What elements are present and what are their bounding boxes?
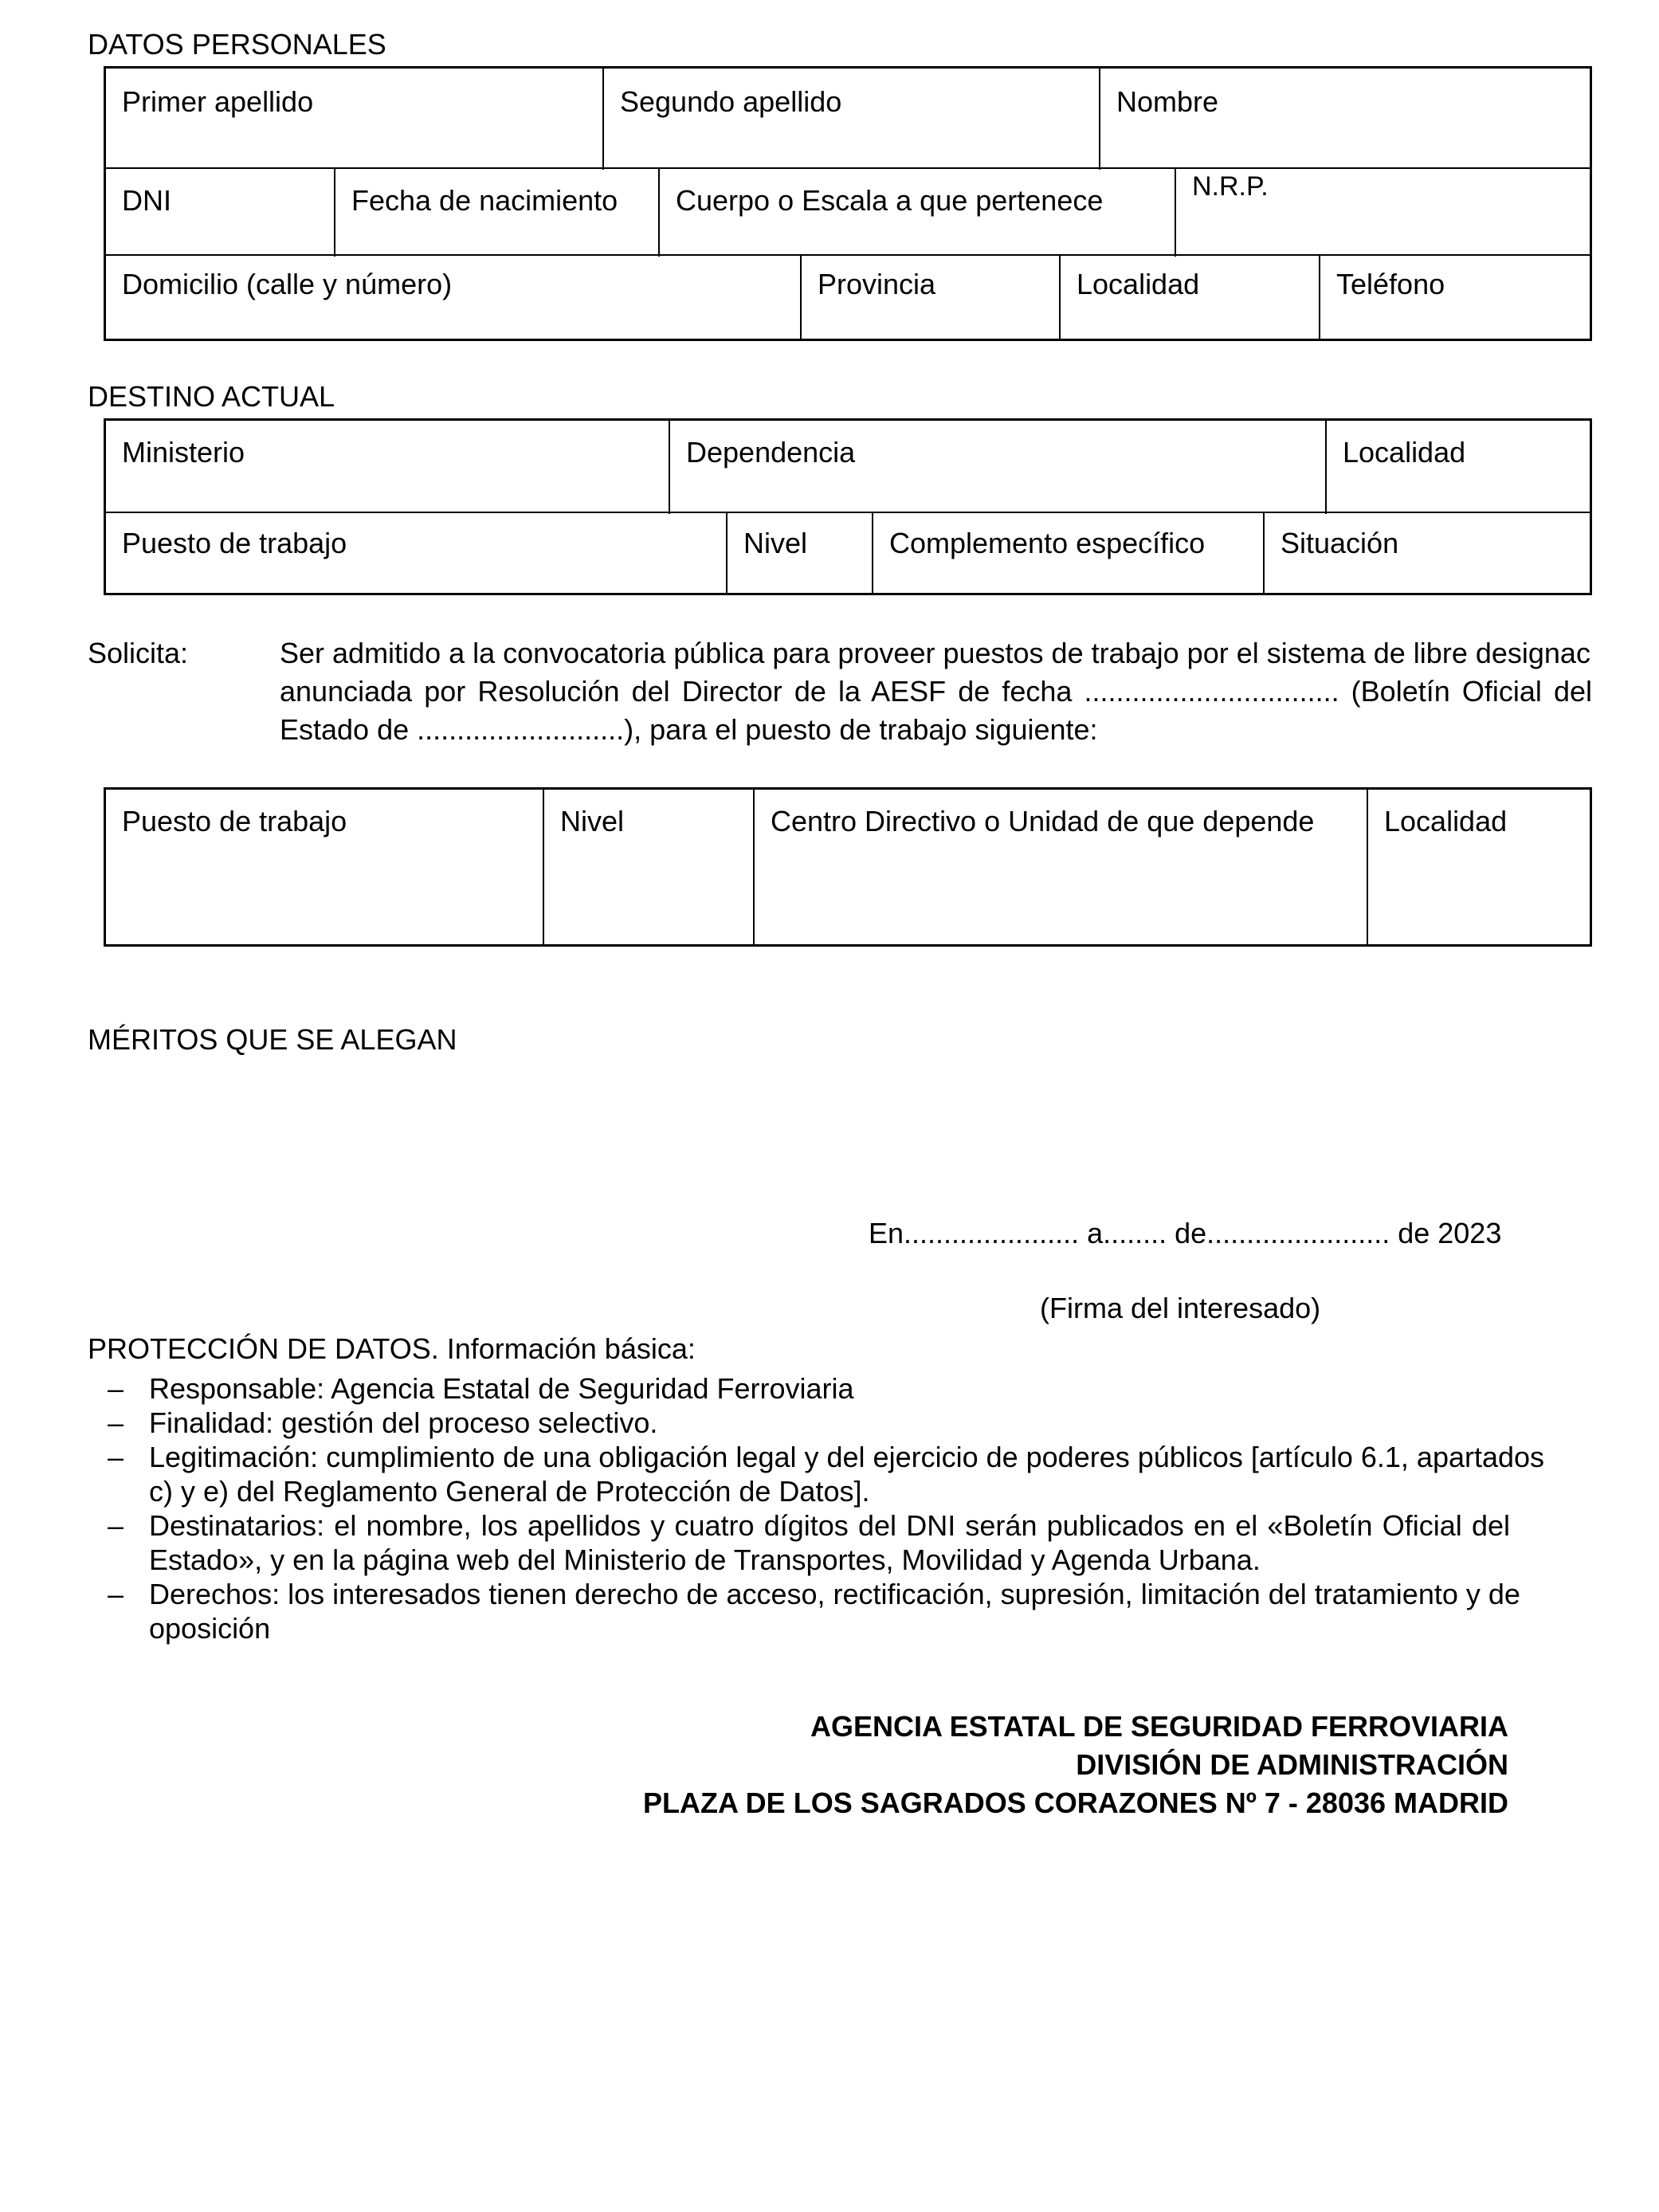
- proteccion-datos-item-text: Destinatarios: el nombre, los apellidos …: [149, 1508, 1510, 1577]
- proteccion-datos-item-text: Derechos: los interesados tienen derecho…: [149, 1577, 1510, 1645]
- proteccion-datos-item-line: Derechos: los interesados tienen derecho…: [149, 1577, 1510, 1611]
- primer-apellido-field[interactable]: Primer apellido: [106, 69, 602, 170]
- footer-agency: AGENCIA ESTATAL DE SEGURIDAD FERROVIARIA: [643, 1708, 1508, 1746]
- section-title-datos-personales: DATOS PERSONALES: [88, 29, 386, 61]
- telefono-field[interactable]: Teléfono: [1319, 256, 1590, 339]
- proteccion-datos-item: –Responsable: Agencia Estatal de Segurid…: [88, 1371, 1510, 1406]
- dni-field[interactable]: DNI: [106, 169, 334, 257]
- ministerio-field[interactable]: Ministerio: [106, 421, 669, 514]
- proteccion-datos-item-text: Finalidad: gestión del proceso selectivo…: [149, 1406, 1510, 1440]
- proteccion-datos-list: –Responsable: Agencia Estatal de Segurid…: [88, 1371, 1510, 1645]
- proteccion-datos-item-text: Legitimación: cumplimiento de una obliga…: [149, 1440, 1510, 1508]
- localidad-solicitada-field[interactable]: Localidad: [1367, 790, 1590, 944]
- footer-address: AGENCIA ESTATAL DE SEGURIDAD FERROVIARIA…: [643, 1708, 1508, 1822]
- proteccion-datos-item-line: oposición: [149, 1611, 1510, 1645]
- dependencia-label: Dependencia: [686, 437, 855, 469]
- dash-bullet-icon: –: [108, 1577, 124, 1611]
- dash-bullet-icon: –: [108, 1406, 124, 1440]
- datos-personales-row-3: Domicilio (calle y número) Provincia Loc…: [106, 254, 1590, 339]
- provincia-field[interactable]: Provincia: [800, 256, 1059, 339]
- complemento-especifico-field[interactable]: Complemento específico: [872, 513, 1263, 593]
- solicita-label: Solicita:: [88, 637, 188, 669]
- provincia-label: Provincia: [818, 269, 935, 300]
- proteccion-datos-item-line: Destinatarios: el nombre, los apellidos …: [149, 1508, 1510, 1543]
- nrp-label: N.R.P.: [1192, 171, 1269, 202]
- localidad-personal-field[interactable]: Localidad: [1059, 256, 1319, 339]
- centro-directivo-field[interactable]: Centro Directivo o Unidad de que depende: [753, 790, 1367, 944]
- datos-personales-row-1: Primer apellido Segundo apellido Nombre: [106, 69, 1590, 170]
- puesto-solicitado-table: Puesto de trabajo Nivel Centro Directivo…: [104, 787, 1592, 947]
- proteccion-datos-item-line: Finalidad: gestión del proceso selectivo…: [149, 1406, 1510, 1440]
- puesto-trabajo-actual-label: Puesto de trabajo: [122, 528, 347, 559]
- dni-label: DNI: [122, 185, 171, 217]
- solicita-line: Estado de ..........................), p…: [280, 711, 1592, 749]
- proteccion-datos-item: –Legitimación: cumplimiento de una oblig…: [88, 1440, 1510, 1508]
- fecha-nacimiento-label: Fecha de nacimiento: [351, 185, 618, 217]
- section-title-meritos: MÉRITOS QUE SE ALEGAN: [88, 1024, 457, 1056]
- proteccion-datos-item-line: Responsable: Agencia Estatal de Segurida…: [149, 1371, 1510, 1406]
- telefono-label: Teléfono: [1336, 269, 1445, 300]
- destino-actual-row-2: Puesto de trabajo Nivel Complemento espe…: [106, 512, 1590, 593]
- destino-actual-row-1: Ministerio Dependencia Localidad: [106, 421, 1590, 514]
- proteccion-datos-item-line: Legitimación: cumplimiento de una obliga…: [149, 1440, 1510, 1474]
- nivel-solicitado-label: Nivel: [560, 806, 624, 837]
- ministerio-label: Ministerio: [122, 437, 245, 469]
- domicilio-field[interactable]: Domicilio (calle y número): [106, 256, 800, 339]
- localidad-personal-label: Localidad: [1077, 269, 1199, 300]
- proteccion-datos-item: –Derechos: los interesados tienen derech…: [88, 1577, 1510, 1645]
- fecha-nacimiento-field[interactable]: Fecha de nacimiento: [334, 169, 658, 257]
- segundo-apellido-label: Segundo apellido: [620, 86, 841, 118]
- meritos-area[interactable]: [88, 1060, 1592, 1203]
- segundo-apellido-field[interactable]: Segundo apellido: [602, 69, 1099, 170]
- dash-bullet-icon: –: [108, 1508, 124, 1543]
- signature-label: (Firma del interesado): [1040, 1292, 1320, 1324]
- dash-bullet-icon: –: [108, 1371, 124, 1406]
- nivel-solicitado-field[interactable]: Nivel: [543, 790, 753, 944]
- nombre-label: Nombre: [1116, 86, 1218, 118]
- proteccion-datos-item: –Finalidad: gestión del proceso selectiv…: [88, 1406, 1510, 1440]
- centro-directivo-label: Centro Directivo o Unidad de que depende: [771, 806, 1314, 837]
- puesto-solicitado-field[interactable]: Puesto de trabajo: [106, 790, 543, 944]
- complemento-especifico-label: Complemento específico: [889, 528, 1205, 559]
- situacion-field[interactable]: Situación: [1263, 513, 1590, 593]
- puesto-trabajo-actual-field[interactable]: Puesto de trabajo: [106, 513, 726, 593]
- datos-personales-table: Primer apellido Segundo apellido Nombre …: [104, 66, 1592, 341]
- section-title-destino-actual: DESTINO ACTUAL: [88, 381, 335, 413]
- footer-division: DIVISIÓN DE ADMINISTRACIÓN: [643, 1746, 1508, 1784]
- localidad-destino-field[interactable]: Localidad: [1325, 421, 1590, 514]
- proteccion-datos-item: –Destinatarios: el nombre, los apellidos…: [88, 1508, 1510, 1577]
- solicita-line: anunciada por Resolución del Director de…: [280, 673, 1592, 711]
- situacion-label: Situación: [1281, 528, 1398, 559]
- dash-bullet-icon: –: [108, 1440, 124, 1474]
- proteccion-datos-item-line: c) y e) del Reglamento General de Protec…: [149, 1474, 1510, 1508]
- primer-apellido-label: Primer apellido: [122, 86, 313, 118]
- localidad-destino-label: Localidad: [1343, 437, 1465, 469]
- datos-personales-row-2: DNI Fecha de nacimiento Cuerpo o Escala …: [106, 167, 1590, 257]
- nivel-actual-label: Nivel: [743, 528, 807, 559]
- domicilio-label: Domicilio (calle y número): [122, 269, 452, 300]
- solicita-line: Ser admitido a la convocatoria pública p…: [280, 634, 1592, 673]
- cuerpo-escala-label: Cuerpo o Escala a que pertenece: [676, 185, 1103, 217]
- section-title-proteccion-datos: PROTECCIÓN DE DATOS. Información básica:: [88, 1333, 696, 1365]
- proteccion-datos-item-text: Responsable: Agencia Estatal de Segurida…: [149, 1371, 1510, 1406]
- proteccion-datos-item-line: Estado», y en la página web del Minister…: [149, 1543, 1510, 1577]
- footer-street: PLAZA DE LOS SAGRADOS CORAZONES Nº 7 - 2…: [643, 1784, 1508, 1822]
- puesto-solicitado-row: Puesto de trabajo Nivel Centro Directivo…: [106, 790, 1590, 944]
- nrp-field[interactable]: N.R.P.: [1175, 169, 1590, 257]
- destino-actual-table: Ministerio Dependencia Localidad Puesto …: [104, 418, 1592, 595]
- date-line: En...................... a........ de...…: [869, 1218, 1501, 1249]
- puesto-solicitado-label: Puesto de trabajo: [122, 806, 347, 837]
- dependencia-field[interactable]: Dependencia: [669, 421, 1325, 514]
- localidad-solicitada-label: Localidad: [1384, 806, 1507, 837]
- nivel-actual-field[interactable]: Nivel: [726, 513, 872, 593]
- cuerpo-escala-field[interactable]: Cuerpo o Escala a que pertenece: [658, 169, 1175, 257]
- nombre-field[interactable]: Nombre: [1099, 69, 1590, 170]
- solicita-paragraph: Ser admitido a la convocatoria pública p…: [280, 634, 1592, 749]
